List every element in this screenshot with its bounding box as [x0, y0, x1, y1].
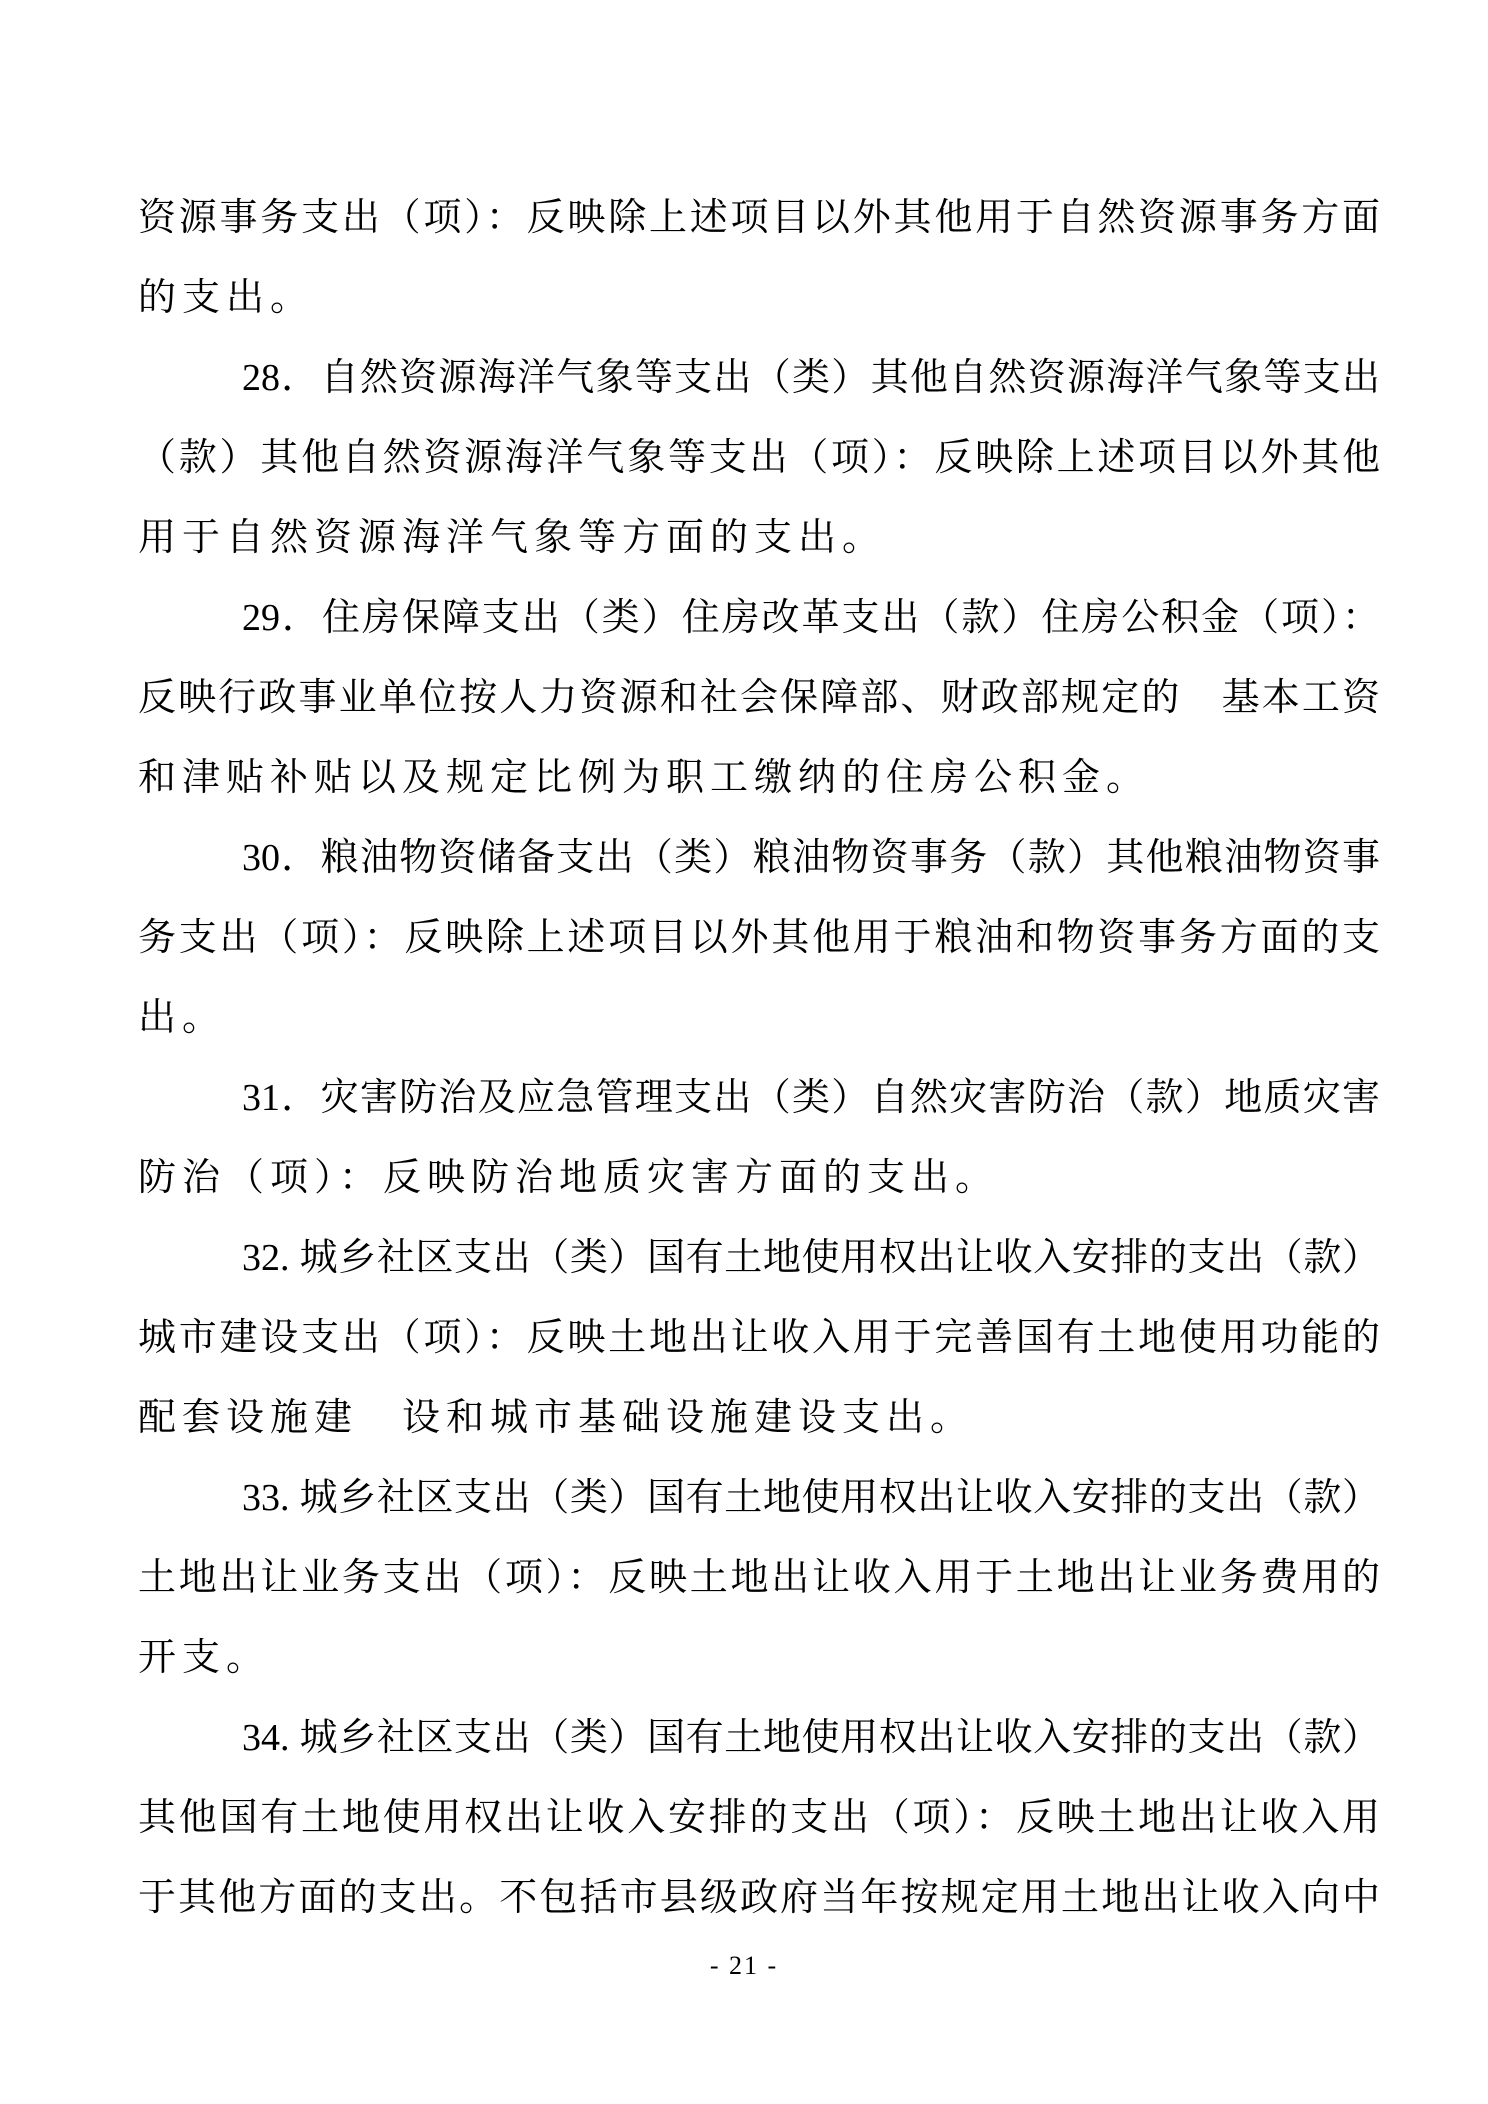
text-line: 用于自然资源海洋气象等方面的支出。 — [138, 498, 1380, 578]
document-body: 资源事务支出（项）：反映除上述项目以外其他用于自然资源事务方面的支出。28．自然… — [138, 178, 1380, 1938]
text-line: 于其他方面的支出。不包括市县级政府当年按规定用土地出让收入向中 — [138, 1858, 1380, 1938]
text-line: （款）其他自然资源海洋气象等支出（项）：反映除上述项目以外其他 — [138, 418, 1380, 498]
text-line: 务支出（项）：反映除上述项目以外其他用于粮油和物资事务方面的支 — [138, 898, 1380, 978]
text-line: 其他国有土地使用权出让收入安排的支出（项）：反映土地出让收入用 — [138, 1778, 1380, 1858]
text-line: 反映行政事业单位按人力资源和社会保障部、财政部规定的 基本工资 — [138, 658, 1380, 738]
text-line: 32. 城乡社区支出（类）国有土地使用权出让收入安排的支出（款） — [138, 1218, 1380, 1298]
text-line: 城市建设支出（项）：反映土地出让收入用于完善国有土地使用功能的 — [138, 1298, 1380, 1378]
text-line: 的支出。 — [138, 258, 1380, 338]
text-line: 和津贴补贴以及规定比例为职工缴纳的住房公积金。 — [138, 738, 1380, 818]
text-line: 资源事务支出（项）：反映除上述项目以外其他用于自然资源事务方面 — [138, 178, 1380, 258]
text-line: 29．住房保障支出（类）住房改革支出（款）住房公积金（项）： — [138, 578, 1380, 658]
text-line: 28．自然资源海洋气象等支出（类）其他自然资源海洋气象等支出 — [138, 338, 1380, 418]
text-line: 配套设施建 设和城市基础设施建设支出。 — [138, 1378, 1380, 1458]
document-page: 资源事务支出（项）：反映除上述项目以外其他用于自然资源事务方面的支出。28．自然… — [0, 0, 1488, 2104]
text-line: 开支。 — [138, 1618, 1380, 1698]
text-line: 31．灾害防治及应急管理支出（类）自然灾害防治（款）地质灾害 — [138, 1058, 1380, 1138]
page-number: - 21 - — [0, 1942, 1488, 1990]
text-line: 出。 — [138, 978, 1380, 1058]
text-line: 33. 城乡社区支出（类）国有土地使用权出让收入安排的支出（款） — [138, 1458, 1380, 1538]
text-line: 土地出让业务支出（项）：反映土地出让收入用于土地出让业务费用的 — [138, 1538, 1380, 1618]
text-line: 防治（项）：反映防治地质灾害方面的支出。 — [138, 1138, 1380, 1218]
text-line: 30．粮油物资储备支出（类）粮油物资事务（款）其他粮油物资事 — [138, 818, 1380, 898]
text-line: 34. 城乡社区支出（类）国有土地使用权出让收入安排的支出（款） — [138, 1698, 1380, 1778]
